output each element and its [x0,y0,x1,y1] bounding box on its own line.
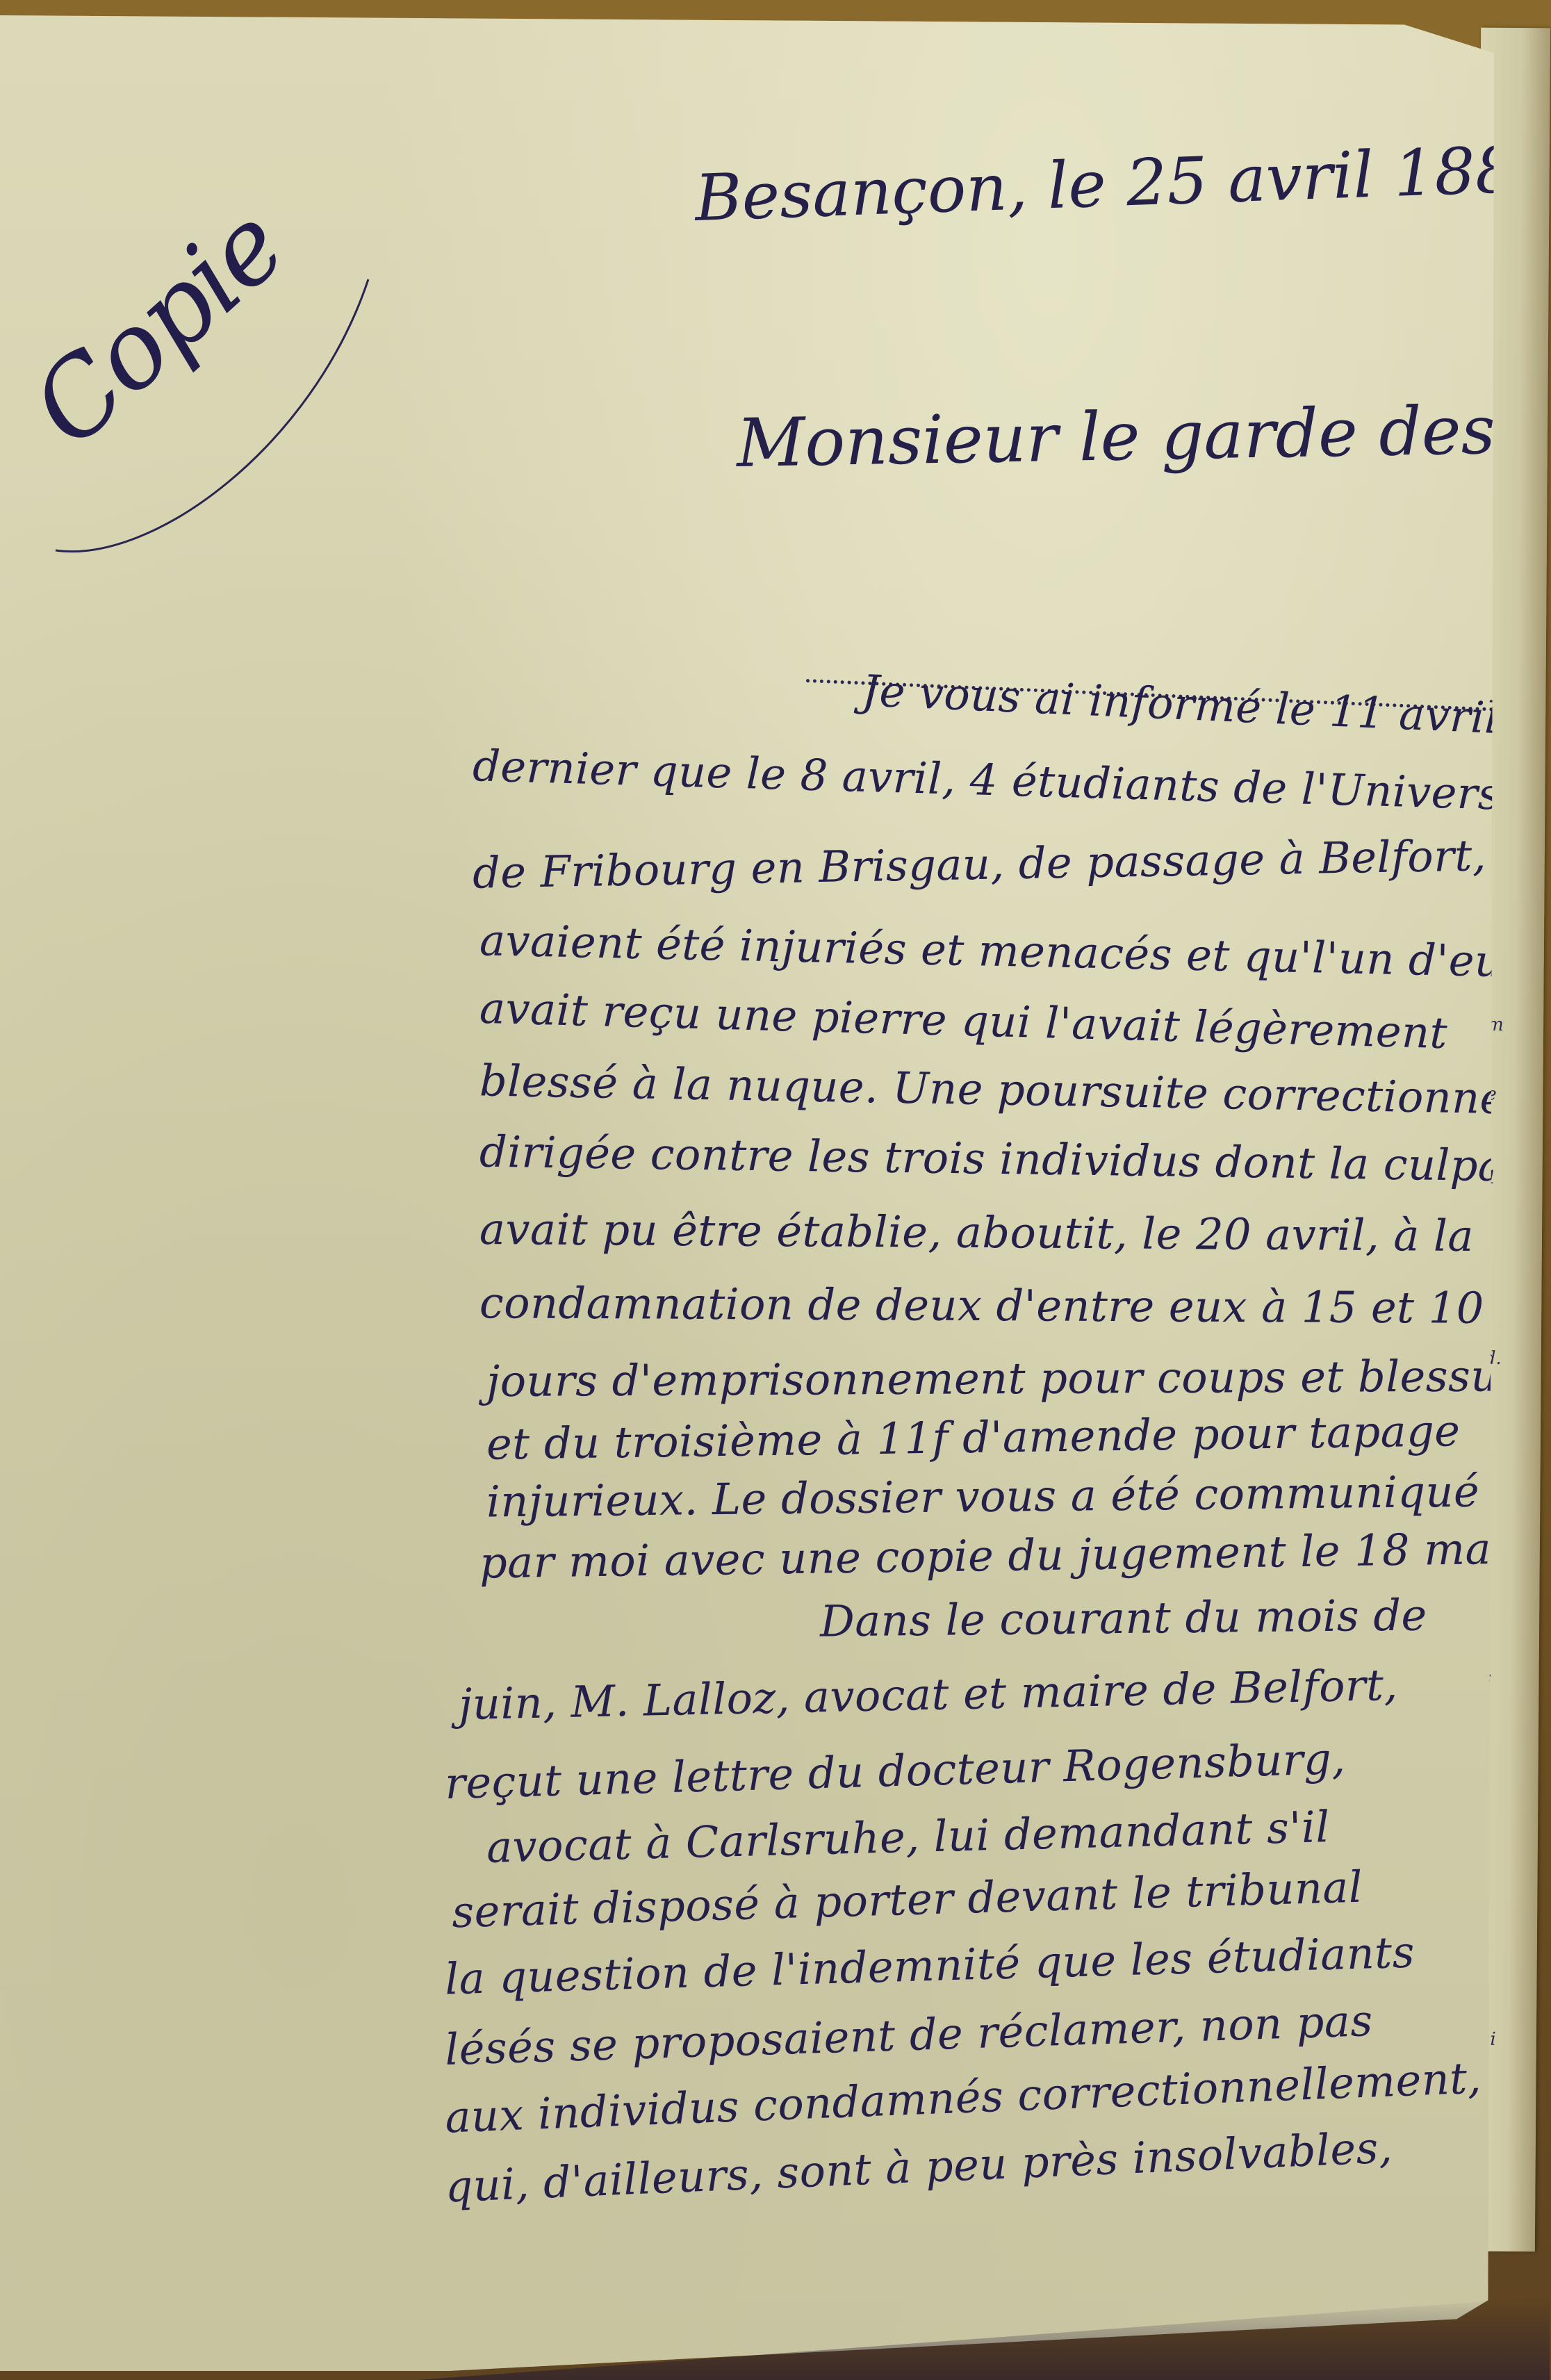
salutation: Monsieur le garde des Sceaux, [736,386,1551,482]
body-line: avait reçu une pierre qui l'avait légère… [479,983,1448,1058]
body-line: par moi avec une copie du jugement le 18… [479,1523,1520,1589]
body-line: condamnation de deux d'entre eux à 15 et… [479,1277,1484,1333]
body-line: de Fribourg en Brisgau, de passage à Bel… [472,830,1486,898]
body-line: injurieux. Le dossier vous a été communi… [486,1466,1480,1527]
copie-marginal-mark: Copie [49,272,382,564]
body-line: Je vous ai informé le 11 avril [861,665,1500,744]
body-line: Dans le courant du mois de [820,1589,1427,1646]
body-line: jours d'emprisonnement pour coups et ble… [486,1350,1551,1406]
body-line: et du troisième à 11f d'amende pour tapa… [486,1405,1461,1470]
place-date-line: Besançon, le 25 avril 1888. [694,131,1551,236]
body-line: serait disposé à porter devant le tribun… [451,1862,1363,1938]
body-line: reçut une lettre du docteur Rogensburg, [444,1733,1346,1809]
body-line: avocat à Carlsruhe, lui demandant s'il [486,1801,1330,1873]
body-line: blessé à la nuque. Une poursuite correct… [479,1055,1551,1124]
body-line: avait pu être établie, aboutit, le 20 av… [479,1204,1474,1261]
body-line: juin, M. Lalloz, avocat et maire de Belf… [458,1659,1398,1730]
body-line: dirigée contre les trois individus dont … [479,1126,1551,1193]
letter-page: Copie Besançon, le 25 avril 1888. Monsie… [0,15,1494,2371]
body-line: dernier que le 8 avril, 4 étudiants de l… [472,740,1551,821]
body-line: avaient été injuriés et menacés et qu'l'… [479,914,1527,987]
body-line: la question de l'indemnité que les étudi… [444,1927,1415,2005]
